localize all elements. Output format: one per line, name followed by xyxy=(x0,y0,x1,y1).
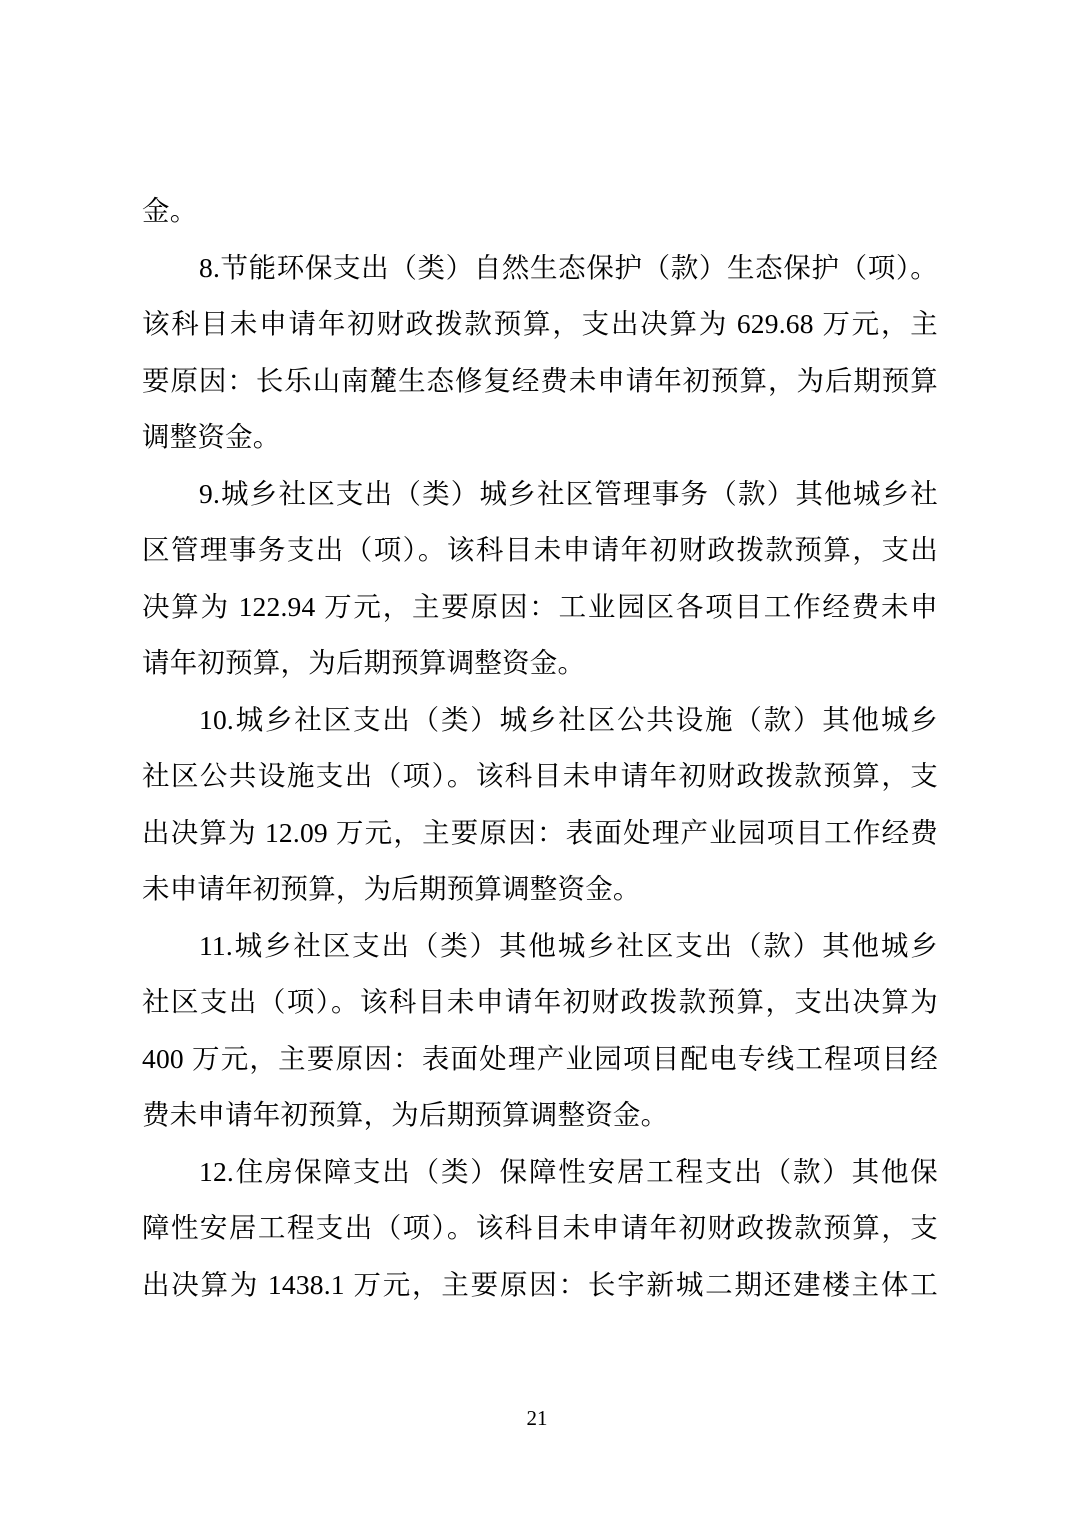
text-line: 请年初预算，为后期预算调整资金。 xyxy=(142,635,938,692)
paragraph-item-12: 12.住房保障支出（类）保障性安居工程支出（款）其他保 障性安居工程支出（项）。… xyxy=(142,1144,938,1314)
text-line: 11.城乡社区支出（类）其他城乡社区支出（款）其他城乡 xyxy=(142,918,938,975)
text-line: 出决算为 12.09 万元，主要原因：表面处理产业园项目工作经费 xyxy=(142,805,938,862)
text-line: 社区公共设施支出（项）。该科目未申请年初财政拨款预算，支 xyxy=(142,748,938,805)
paragraph-item-9: 9.城乡社区支出（类）城乡社区管理事务（款）其他城乡社 区管理事务支出（项）。该… xyxy=(142,466,938,692)
text-line: 金。 xyxy=(142,183,938,240)
paragraph-item-11: 11.城乡社区支出（类）其他城乡社区支出（款）其他城乡 社区支出（项）。该科目未… xyxy=(142,918,938,1144)
text-line: 社区支出（项）。该科目未申请年初财政拨款预算，支出决算为 xyxy=(142,974,938,1031)
text-line: 12.住房保障支出（类）保障性安居工程支出（款）其他保 xyxy=(142,1144,938,1201)
text-line: 区管理事务支出（项）。该科目未申请年初财政拨款预算，支出 xyxy=(142,522,938,579)
text-line: 障性安居工程支出（项）。该科目未申请年初财政拨款预算，支 xyxy=(142,1200,938,1257)
body-text: 金。 8.节能环保支出（类）自然生态保护（款）生态保护（项）。 该科目未申请年初… xyxy=(142,183,938,1313)
text-line: 要原因：长乐山南麓生态修复经费未申请年初预算，为后期预算 xyxy=(142,353,938,410)
text-line: 费未申请年初预算，为后期预算调整资金。 xyxy=(142,1087,938,1144)
text-line: 该科目未申请年初财政拨款预算，支出决算为 629.68 万元，主 xyxy=(142,296,938,353)
text-line: 10.城乡社区支出（类）城乡社区公共设施（款）其他城乡 xyxy=(142,692,938,749)
text-line: 8.节能环保支出（类）自然生态保护（款）生态保护（项）。 xyxy=(142,240,938,297)
text-line: 决算为 122.94 万元，主要原因：工业园区各项目工作经费未申 xyxy=(142,579,938,636)
paragraph-continuation: 金。 xyxy=(142,183,938,240)
paragraph-item-10: 10.城乡社区支出（类）城乡社区公共设施（款）其他城乡 社区公共设施支出（项）。… xyxy=(142,692,938,918)
text-line: 出决算为 1438.1 万元，主要原因：长宇新城二期还建楼主体工 xyxy=(142,1257,938,1314)
document-page: 金。 8.节能环保支出（类）自然生态保护（款）生态保护（项）。 该科目未申请年初… xyxy=(0,0,1074,1520)
page-number: 21 xyxy=(0,1403,1074,1433)
text-line: 9.城乡社区支出（类）城乡社区管理事务（款）其他城乡社 xyxy=(142,466,938,523)
text-line: 未申请年初预算，为后期预算调整资金。 xyxy=(142,861,938,918)
text-line: 400 万元，主要原因：表面处理产业园项目配电专线工程项目经 xyxy=(142,1031,938,1088)
paragraph-item-8: 8.节能环保支出（类）自然生态保护（款）生态保护（项）。 该科目未申请年初财政拨… xyxy=(142,240,938,466)
text-line: 调整资金。 xyxy=(142,409,938,466)
